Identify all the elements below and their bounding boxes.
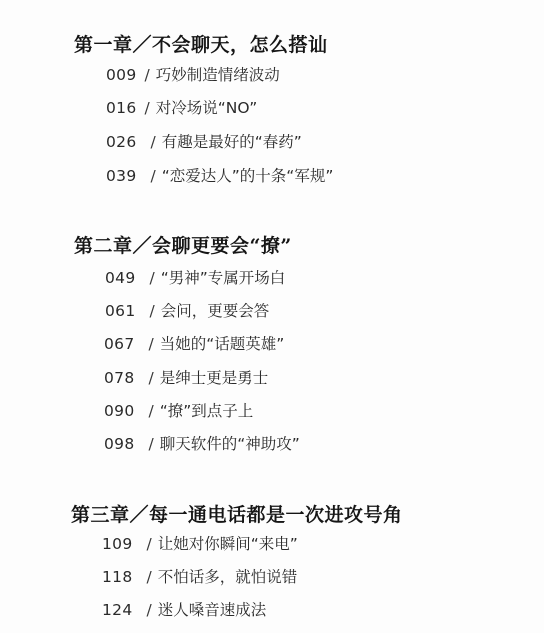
entry-title: 当她的“话题英雄”	[160, 333, 285, 355]
page-number: 016	[106, 97, 137, 119]
separator: /	[145, 64, 150, 86]
chapter-title[interactable]: 第三章／每一通电话都是一次进攻号角	[71, 503, 403, 527]
entry-title: 是绅士更是勇士	[160, 367, 269, 389]
entry-title: 聊天软件的“神助攻”	[160, 433, 300, 455]
page-number: 098	[104, 433, 135, 455]
toc-entry[interactable]: 098/聊天软件的“神助攻”	[104, 433, 300, 455]
separator: /	[151, 131, 156, 153]
separator: /	[149, 433, 154, 455]
separator: /	[147, 599, 152, 621]
entry-title: 让她对你瞬间“来电”	[158, 533, 298, 555]
table-of-contents-page: 第一章／不会聊天，怎么搭讪 009/巧妙制造情绪波动 016/对冷场说“NO” …	[0, 0, 544, 633]
page-number: 067	[104, 333, 135, 355]
page-number: 061	[105, 300, 136, 322]
entry-title: 会问，更要会答	[161, 300, 270, 322]
page-number: 026	[106, 131, 137, 153]
separator: /	[147, 533, 152, 555]
chapter-title[interactable]: 第一章／不会聊天，怎么搭讪	[74, 33, 328, 57]
toc-entry[interactable]: 049/“男神”专属开场白	[105, 267, 285, 289]
toc-entry[interactable]: 124/迷人嗓音速成法	[102, 599, 266, 621]
entry-title: “恋爱达人”的十条“军规”	[162, 165, 334, 187]
toc-entry[interactable]: 061/会问，更要会答	[105, 300, 269, 322]
page-number: 078	[104, 367, 135, 389]
page-number: 118	[102, 566, 133, 588]
separator: /	[149, 367, 154, 389]
chapter-title[interactable]: 第二章／会聊更要会“撩”	[74, 234, 292, 258]
entry-title: “撩”到点子上	[160, 400, 254, 422]
separator: /	[150, 267, 155, 289]
separator: /	[147, 566, 152, 588]
entry-title: 有趣是最好的“春药”	[162, 131, 302, 153]
page-number: 124	[102, 599, 133, 621]
entry-title: 巧妙制造情绪波动	[156, 64, 280, 86]
toc-entry[interactable]: 109/让她对你瞬间“来电”	[102, 533, 298, 555]
separator: /	[149, 333, 154, 355]
entry-title: 不怕话多，就怕说错	[158, 566, 298, 588]
page-number: 090	[104, 400, 135, 422]
toc-entry[interactable]: 016/对冷场说“NO”	[106, 97, 257, 119]
toc-entry[interactable]: 078/是绅士更是勇士	[104, 367, 268, 389]
toc-entry[interactable]: 118/不怕话多，就怕说错	[102, 566, 297, 588]
page-number: 009	[106, 64, 137, 86]
page-number: 109	[102, 533, 133, 555]
toc-entry[interactable]: 039/“恋爱达人”的十条“军规”	[106, 165, 333, 187]
page-number: 049	[105, 267, 136, 289]
entry-title: “男神”专属开场白	[161, 267, 286, 289]
entry-title: 迷人嗓音速成法	[158, 599, 267, 621]
separator: /	[145, 97, 150, 119]
toc-entry[interactable]: 009/巧妙制造情绪波动	[106, 64, 280, 86]
toc-entry[interactable]: 026/有趣是最好的“春药”	[106, 131, 302, 153]
page-number: 039	[106, 165, 137, 187]
separator: /	[151, 165, 156, 187]
toc-entry[interactable]: 067/当她的“话题英雄”	[104, 333, 284, 355]
entry-title: 对冷场说“NO”	[156, 97, 258, 119]
toc-entry[interactable]: 090/“撩”到点子上	[104, 400, 253, 422]
separator: /	[149, 400, 154, 422]
separator: /	[150, 300, 155, 322]
